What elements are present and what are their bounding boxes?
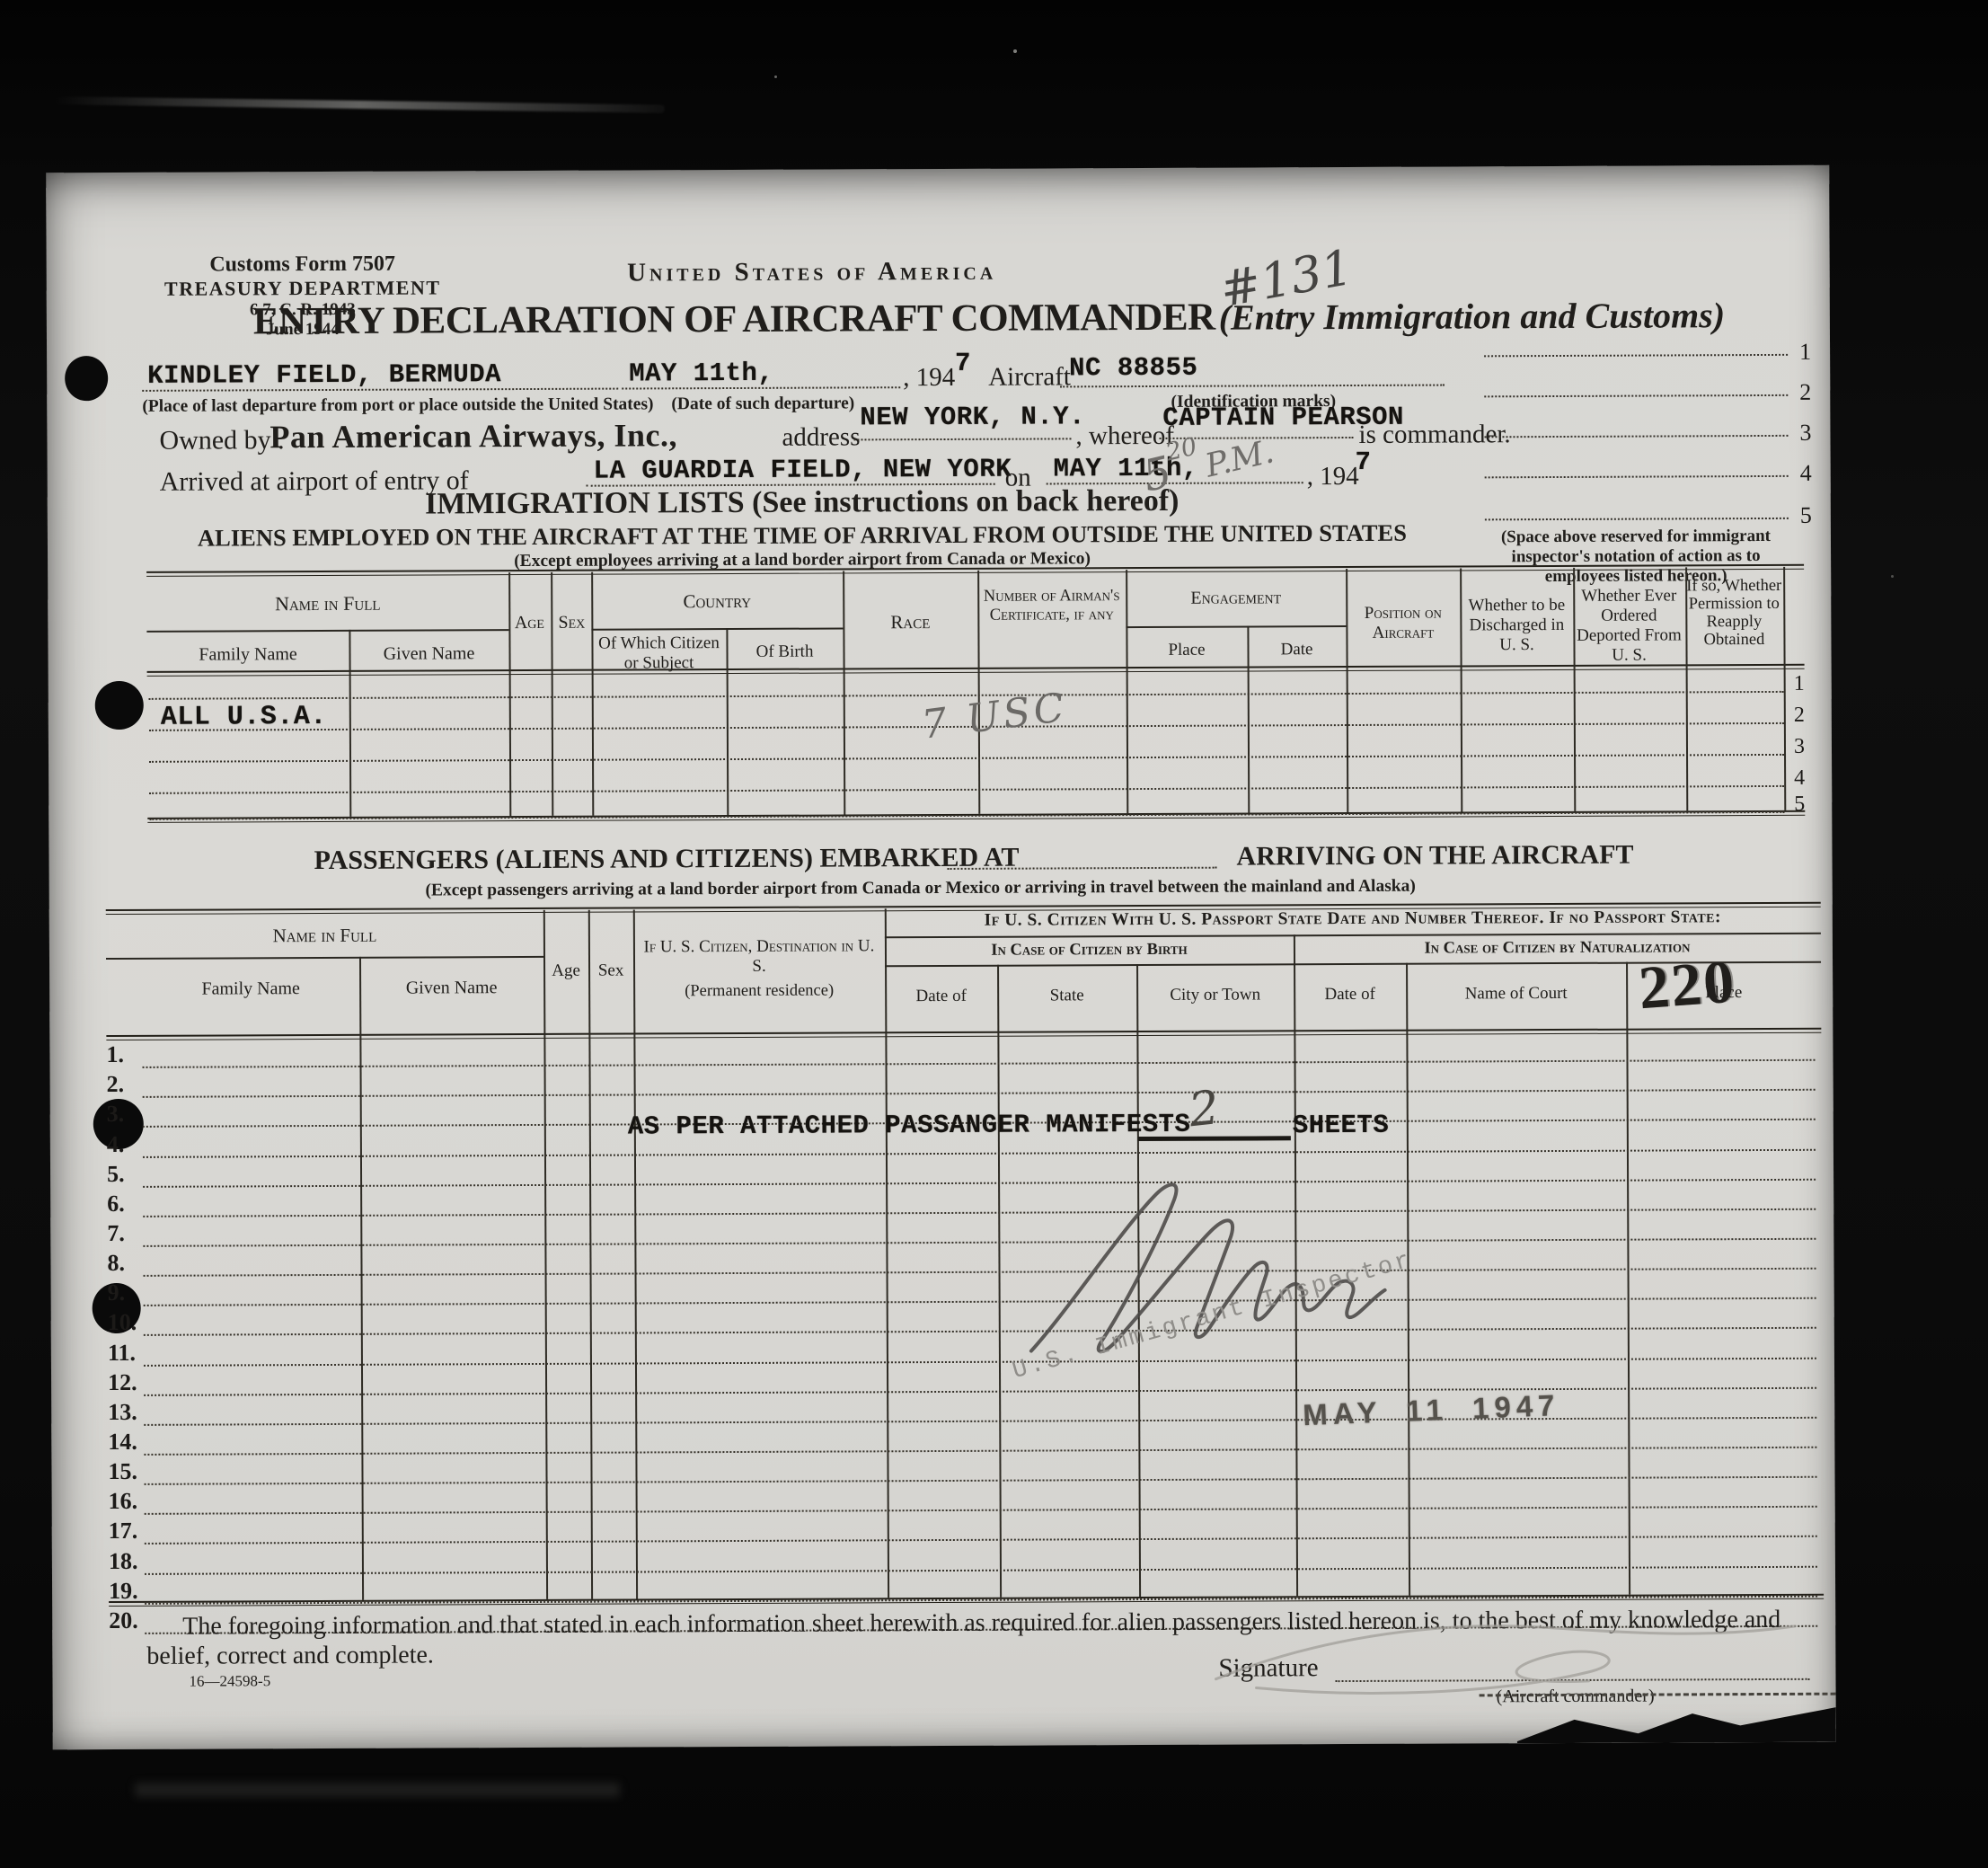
scan-smudge (135, 1783, 620, 1797)
row-number: 3 (1794, 735, 1805, 759)
col-header-reapply: If so, Whether Permission to Reapply Obt… (1686, 577, 1781, 649)
col-header-name-in-full: Name in Full (106, 924, 543, 948)
hole-punch (95, 681, 144, 730)
row-number: 10. (108, 1309, 137, 1336)
inspector-line: 3 (1484, 435, 1788, 438)
col-header-passport-note: If U. S. Citizen With U. S. Passport Sta… (894, 907, 1812, 931)
scan-speck (1013, 49, 1017, 53)
inspector-line: 2 (1484, 394, 1788, 397)
row-number: 12. (108, 1369, 137, 1396)
col-header-position: Position on Aircraft (1347, 603, 1458, 643)
header-divider (591, 627, 843, 630)
page-title-main: ENTRY DECLARATION OF AIRCRAFT COMMANDER (253, 297, 1215, 343)
row-number: 1 (1794, 672, 1805, 696)
commander-signature (1202, 1612, 1831, 1704)
manifest-underline (1138, 1136, 1291, 1141)
row-number: 3. (107, 1101, 125, 1128)
col-header-sex: Sex (587, 961, 635, 980)
header-divider (106, 956, 543, 960)
col-header-family-name: Family Name (142, 978, 359, 1000)
manifest-count-handwriting: 2 (1187, 1081, 1222, 1138)
scanned-document: Customs Form 7507 TREASURY DEPARTMENT 6.… (0, 0, 1988, 1868)
scan-speck (774, 75, 777, 78)
col-header-citizen: Of Which Citizen or Subject (593, 633, 724, 674)
row-number: 8. (107, 1250, 125, 1277)
row-number: 2. (107, 1071, 125, 1098)
col-header-given-name: Given Name (359, 978, 543, 999)
address-line (853, 438, 1071, 440)
crew-entry-all-usa: ALL U.S.A. (161, 702, 327, 733)
country-title: United States of America (408, 256, 1216, 289)
row-number: 6. (107, 1191, 125, 1217)
inspector-line-number: 4 (1800, 460, 1812, 487)
row-number: 4. (107, 1131, 125, 1158)
col-header-by-birth: In Case of Citizen by Birth (885, 940, 1294, 961)
owner-value: Pan American Airways, Inc., (269, 416, 677, 456)
aircraft-label: Aircraft (988, 362, 1071, 392)
inspector-line-number: 2 (1799, 379, 1811, 406)
embarked-at-line (948, 867, 1217, 870)
inspector-line: 1 (1484, 354, 1788, 357)
col-header-of-birth: Of Birth (726, 642, 843, 662)
col-header-destination-caption: (Permanent residence) (635, 981, 883, 1001)
inspector-line: 5 (1485, 518, 1789, 520)
row-number: 15. (108, 1458, 137, 1485)
address-label: address (782, 422, 860, 452)
crew-table: Name in Full Family Name Given Name Age … (146, 564, 1805, 820)
col-header-birth-date-of: Date of (885, 987, 997, 1007)
col-header-destination: If U. S. Citizen, Destination in U. S. (635, 936, 883, 977)
row-number: 13. (108, 1399, 137, 1426)
col-header-sex: Sex (550, 613, 593, 633)
col-header-given-name: Given Name (349, 643, 508, 665)
row-number: 5. (107, 1161, 125, 1188)
manifest-suffix: SHEETS (1293, 1111, 1390, 1140)
page-number-stamp: 220 (1636, 945, 1738, 1023)
inspector-line-number: 5 (1800, 502, 1812, 529)
arrival-year-typed: 7 (1356, 447, 1372, 477)
inspector-line-number: 3 (1799, 420, 1811, 447)
passenger-table: Name in Full Family Name Given Name Age … (106, 902, 1824, 1607)
col-header-engagement-date: Date (1247, 640, 1346, 660)
inspector-line: 4 (1485, 475, 1789, 478)
time-minutes: 20 (1163, 432, 1200, 466)
arrival-value: LA GUARDIA FIELD, NEW YORK (594, 455, 1012, 486)
hole-punch (65, 356, 108, 401)
header-divider (885, 933, 1821, 939)
passengers-title: PASSENGERS (ALIENS AND CITIZENS) EMBARKE… (314, 843, 1019, 876)
aircraft-value: NC 88855 (1069, 353, 1197, 384)
immigration-lists-title: IMMIGRATION LISTS (See instructions on b… (263, 483, 1341, 522)
inspector-line-number: 1 (1799, 339, 1811, 366)
row-number: 18. (109, 1547, 138, 1574)
col-header-nat-date-of: Date of (1294, 985, 1406, 1005)
departure-date-value: MAY 11th, (629, 359, 773, 389)
aliens-employed-subtitle: ALIENS EMPLOYED ON THE AIRCRAFT AT THE T… (146, 518, 1458, 552)
col-header-birth-state: State (997, 986, 1136, 1006)
header-divider (1126, 625, 1346, 628)
col-header-age: Age (542, 961, 590, 981)
page-title: ENTRY DECLARATION OF AIRCRAFT COMMANDER … (253, 294, 1565, 343)
row-number: 19. (109, 1578, 138, 1605)
row-number: 5 (1794, 792, 1805, 817)
row-number: 16. (109, 1488, 138, 1515)
form-page: Customs Form 7507 TREASURY DEPARTMENT 6.… (46, 165, 1836, 1750)
departure-year-typed: 7 (955, 349, 971, 378)
departure-year-prefix: , 194 (903, 363, 955, 393)
arriving-title: ARRIVING ON THE AIRCRAFT (1236, 840, 1633, 872)
manifest-note: AS PER ATTACHED PASSANGER MANIFESTS (628, 1110, 1191, 1142)
departure-place-caption: (Place of last departure from port or pl… (142, 395, 620, 417)
row-number: 1. (106, 1041, 124, 1068)
aircraft-line (1060, 385, 1445, 388)
col-header-age: Age (505, 613, 553, 633)
col-header-by-naturalization: In Case of Citizen by Naturalization (1294, 938, 1821, 960)
col-header-name-in-full: Name in Full (146, 591, 508, 616)
row-number: 11. (108, 1339, 136, 1366)
col-header-race: Race (843, 611, 977, 634)
row-number: 4 (1794, 766, 1805, 791)
row-number: 7. (107, 1220, 125, 1247)
row-number: 9. (108, 1279, 126, 1306)
row-number: 2 (1794, 704, 1805, 728)
col-header-airman-certificate: Number of Airman's Certificate, if any (979, 587, 1124, 625)
col-header-birth-city: City or Town (1136, 985, 1294, 1005)
col-header-engagement: Engagement (1126, 588, 1346, 609)
print-code: 16—24598-5 (189, 1672, 270, 1690)
scan-speck (1891, 575, 1894, 578)
col-header-country: Country (591, 589, 843, 613)
col-header-engagement-place: Place (1126, 641, 1247, 661)
commander-suffix: is commander. (1358, 420, 1510, 450)
col-header-family-name: Family Name (146, 644, 349, 666)
col-header-discharged: Whether to be Discharged in U. S. (1462, 596, 1571, 656)
departure-date-line (622, 386, 900, 389)
departure-place-value: KINDLEY FIELD, BERMUDA (147, 359, 501, 391)
row-number: 17. (109, 1518, 138, 1545)
address-value: NEW YORK, N.Y. (860, 402, 1085, 432)
row-number: 20. (109, 1607, 138, 1634)
row-number: 14. (108, 1429, 137, 1456)
header-divider (146, 629, 508, 633)
passenger-section-caption: (Except passengers arriving at a land bo… (283, 876, 1559, 901)
owned-by-label: Owned by . (159, 425, 284, 456)
col-header-deported: Whether Ever Ordered Deported From U. S. (1574, 586, 1683, 666)
time-meridiem: P.M. (1202, 433, 1277, 484)
col-header-nat-court: Name of Court (1406, 984, 1626, 1005)
scan-scratch (54, 96, 665, 112)
